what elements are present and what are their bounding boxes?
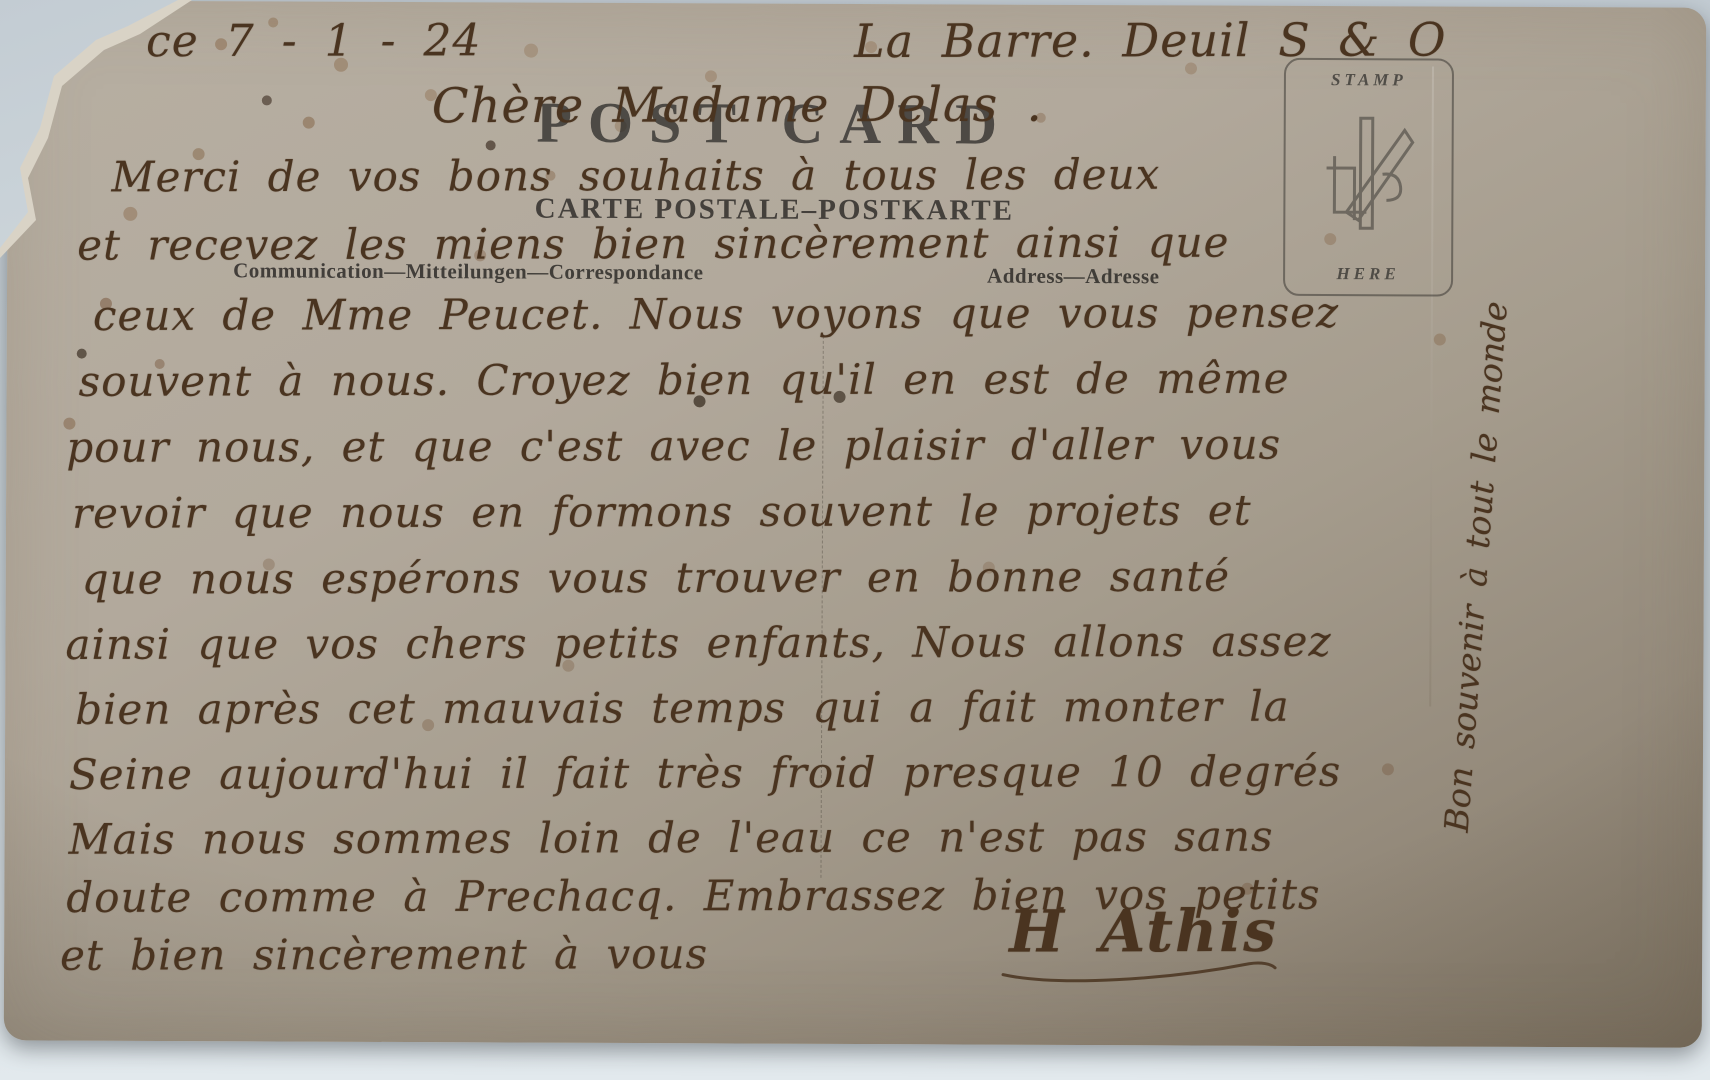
letter-line: souvent à nous. Croyez bien qu'il en est…	[79, 354, 1290, 406]
signature: H Athis	[1009, 897, 1278, 966]
letter-line: que nous espérons vous trouver en bonne …	[82, 552, 1230, 604]
salutation: Chère Madame Delas .	[432, 77, 1043, 135]
stamp-box: STAMP HERE	[1283, 58, 1454, 297]
letter-line: Merci de vos bons souhaits à tous les de…	[111, 150, 1160, 202]
letter-line: revoir que nous en formons souvent le pr…	[72, 486, 1252, 538]
letter-line: et recevez les miens bien sincèrement ai…	[77, 218, 1229, 270]
signature-flourish	[999, 957, 1279, 989]
postcard-photo: POST CARD CARTE POSTALE–POSTKARTE Commun…	[0, 0, 1710, 1080]
handwritten-date: ce 7 - 1 - 24	[146, 15, 481, 67]
publisher-monogram-icon	[1320, 116, 1417, 239]
letter-line: ceux de Mme Peucet. Nous voyons que vous…	[93, 288, 1339, 340]
closing-line: et bien sincèrement à vous	[60, 929, 708, 980]
address-label: Address—Adresse	[987, 264, 1160, 290]
letter-line: Seine aujourd'hui il fait très froid pre…	[69, 747, 1341, 799]
letter-line: Mais nous sommes loin de l'eau ce n'est …	[69, 812, 1274, 864]
postcard-paper: POST CARD CARTE POSTALE–POSTKARTE Commun…	[4, 0, 1707, 1047]
stamp-label: STAMP	[1331, 70, 1407, 90]
letter-line: pour nous, et que c'est avec le plaisir …	[66, 420, 1281, 472]
letter-line: bien après cet mauvais temps qui a fait …	[75, 682, 1290, 734]
letter-line: ainsi que vos chers petits enfants, Nous…	[65, 617, 1331, 669]
margin-note: Bon souvenir à tout le monde	[1437, 300, 1515, 834]
here-label: HERE	[1336, 264, 1399, 284]
handwritten-place-line: La Barre. Deuil S & O	[854, 13, 1447, 69]
